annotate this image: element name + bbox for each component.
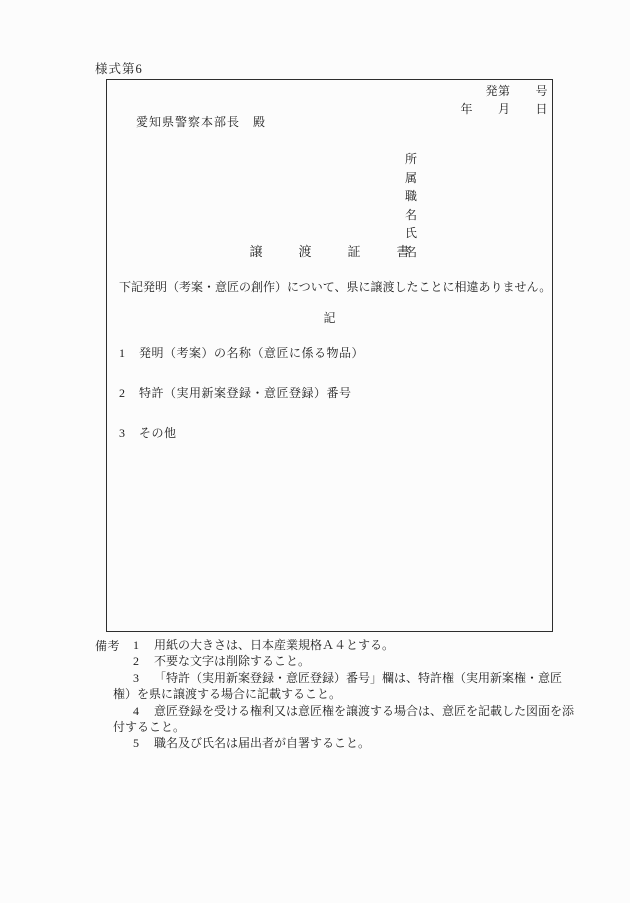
addressee-line: 愛知県警察本部長 殿 (136, 113, 266, 130)
issue-number-line: 発第 号 (107, 82, 552, 99)
note-number: 1 (133, 638, 139, 652)
note-text: 用紙の大きさは、日本産業規格Ａ４とする。 (154, 638, 394, 652)
item-number: 2 (119, 386, 125, 400)
note-row: 1用紙の大きさは、日本産業規格Ａ４とする。 (113, 637, 588, 653)
job-title-label: 職名 (405, 189, 440, 222)
item-text: その他 (139, 426, 177, 440)
body-statement: 下記発明（考案・意匠の創作）について、県に譲渡したことに相違ありません。 (119, 278, 551, 295)
document-title: 譲渡証書 (107, 241, 552, 260)
note-text: 不要な文字は削除すること。 (154, 654, 310, 668)
note-number: 3 (133, 671, 139, 685)
record-marker: 記 (107, 309, 552, 326)
certificate-box: 発第 号 年 月 日 愛知県警察本部長 殿 所属 職名 氏名 譲渡証書 下記発明… (106, 79, 553, 632)
item-row-other: 3その他 (119, 424, 177, 441)
item-number: 1 (119, 346, 125, 360)
note-number: 4 (133, 704, 139, 718)
note-row: 2不要な文字は削除すること。 (113, 653, 588, 669)
signer-job-title-field: 職名 (405, 187, 452, 224)
form-number-label: 様式第6 (95, 59, 143, 77)
affiliation-label: 所属 (405, 152, 440, 185)
note-text: 職名及び氏名は届出者が自署すること。 (154, 736, 370, 750)
note-number: 5 (133, 736, 139, 750)
signer-affiliation-field: 所属 (405, 150, 452, 187)
note-text: 意匠登録を受ける権利又は意匠権を譲渡する場合は、意匠を記載した図面を添 付するこ… (113, 704, 574, 734)
notes-section: 1用紙の大きさは、日本産業規格Ａ４とする。 2不要な文字は削除すること。 3「特… (113, 637, 588, 752)
note-number: 2 (133, 654, 139, 668)
item-row-invention-name: 1発明（考案）の名称（意匠に係る物品） (119, 344, 364, 361)
note-row: 5職名及び氏名は届出者が自署すること。 (113, 735, 588, 751)
note-row: 3「特許（実用新案登録・意匠登録）番号」欄は、特許権（実用新案権・意匠 権）を県… (113, 670, 588, 703)
item-text: 特許（実用新案登録・意匠登録）番号 (139, 386, 352, 400)
item-text: 発明（考案）の名称（意匠に係る物品） (139, 346, 364, 360)
item-number: 3 (119, 426, 125, 440)
note-text: 「特許（実用新案登録・意匠登録）番号」欄は、特許権（実用新案権・意匠 権）を県に… (113, 671, 562, 701)
item-row-patent-number: 2特許（実用新案登録・意匠登録）番号 (119, 384, 352, 401)
note-row: 4意匠登録を受ける権利又は意匠権を譲渡する場合は、意匠を記載した図面を添 付する… (113, 703, 588, 736)
document-page: 様式第6 発第 号 年 月 日 愛知県警察本部長 殿 所属 職名 氏名 譲渡証書… (0, 0, 630, 903)
